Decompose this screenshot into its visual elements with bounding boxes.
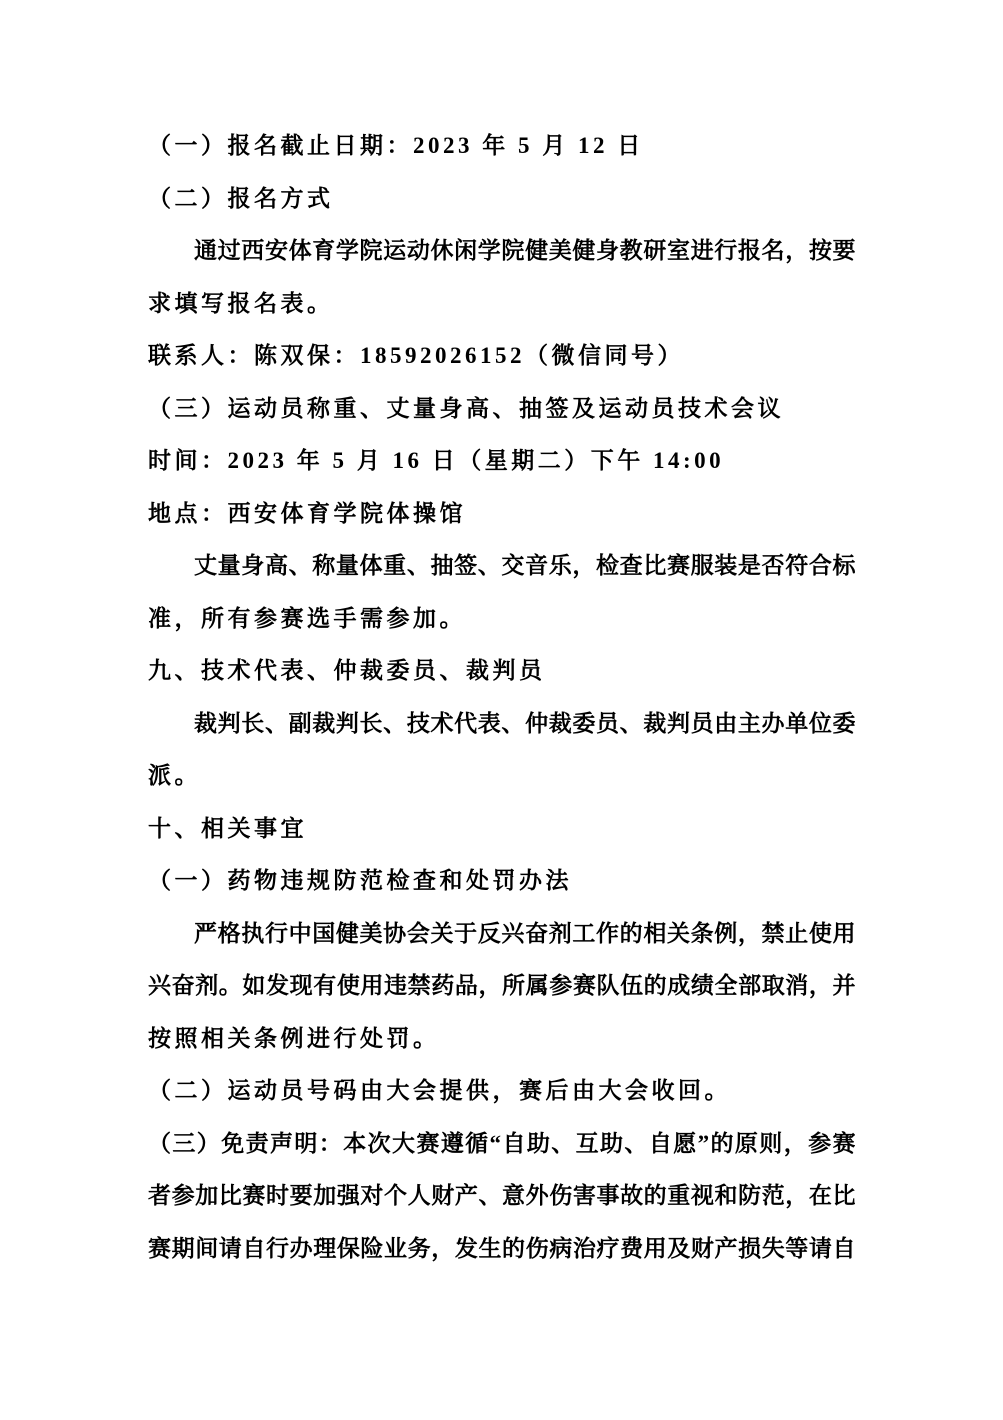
doc-line-section-ten: 十、相关事宜 xyxy=(148,803,855,856)
doc-line-doping-2: 兴奋剂。如发现有使用违禁药品，所属参赛队伍的成绩全部取消，并 xyxy=(148,960,855,1013)
doc-line-disclaimer-2: 者参加比赛时要加强对个人财产、意外伤害事故的重视和防范，在比 xyxy=(148,1170,855,1223)
doc-line-doping-heading: （一）药物违规防范检查和处罚办法 xyxy=(148,855,855,908)
doc-line-contact: 联系人：陈双保：18592026152（微信同号） xyxy=(148,330,855,383)
doc-line-weighin-detail-2: 准，所有参赛选手需参加。 xyxy=(148,593,855,646)
doc-line-section-nine: 九、技术代表、仲裁委员、裁判员 xyxy=(148,645,855,698)
doc-line-register-via: 通过西安体育学院运动休闲学院健美健身教研室进行报名，按要 xyxy=(148,225,855,278)
doc-line-doping-1: 严格执行中国健美协会关于反兴奋剂工作的相关条例，禁止使用 xyxy=(148,908,855,961)
doc-line-number-return: （二）运动员号码由大会提供，赛后由大会收回。 xyxy=(148,1065,855,1118)
doc-line-time: 时间：2023 年 5 月 16 日（星期二）下午 14:00 xyxy=(148,435,855,488)
doc-line-deadline: （一）报名截止日期：2023 年 5 月 12 日 xyxy=(148,120,855,173)
doc-line-location: 地点：西安体育学院体操馆 xyxy=(148,488,855,541)
doc-line-judges-1: 裁判长、副裁判长、技术代表、仲裁委员、裁判员由主办单位委 xyxy=(148,698,855,751)
doc-line-registration-method: （二）报名方式 xyxy=(148,173,855,226)
doc-line-doping-3: 按照相关条例进行处罚。 xyxy=(148,1013,855,1066)
doc-line-weighin-heading: （三）运动员称重、丈量身高、抽签及运动员技术会议 xyxy=(148,383,855,436)
doc-line-fill-form: 求填写报名表。 xyxy=(148,278,855,331)
doc-line-judges-2: 派。 xyxy=(148,750,855,803)
doc-line-weighin-detail-1: 丈量身高、称量体重、抽签、交音乐，检查比赛服装是否符合标 xyxy=(148,540,855,593)
document-page: （一）报名截止日期：2023 年 5 月 12 日 （二）报名方式 通过西安体育… xyxy=(0,0,1003,1420)
doc-line-disclaimer-3: 赛期间请自行办理保险业务，发生的伤病治疗费用及财产损失等请自 xyxy=(148,1223,855,1276)
doc-line-disclaimer-1: （三）免责声明：本次大赛遵循“自助、互助、自愿”的原则，参赛 xyxy=(148,1118,855,1171)
